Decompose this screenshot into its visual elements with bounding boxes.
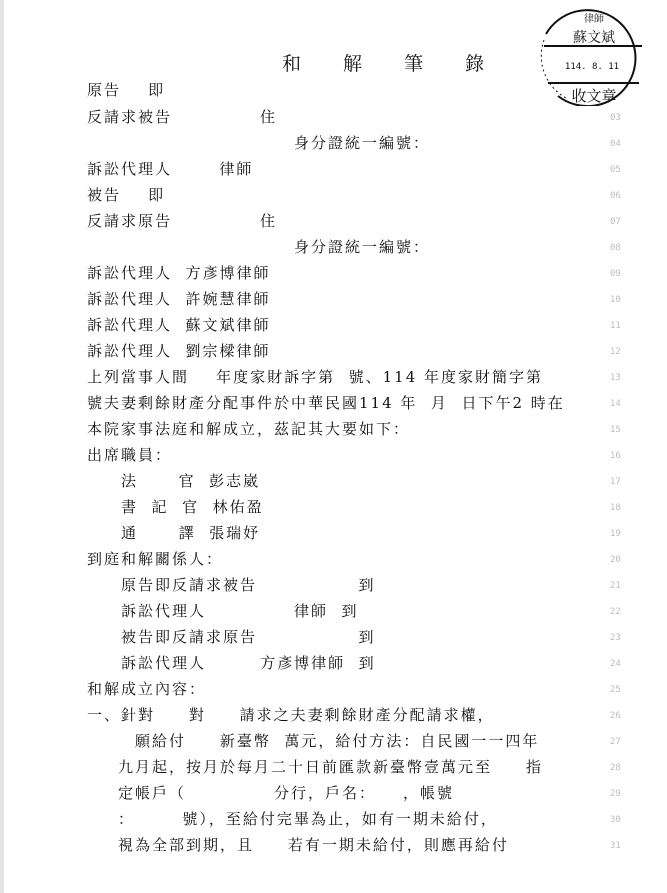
line-number: 26 xyxy=(610,711,621,721)
line-number: 03 xyxy=(610,113,621,123)
line-number: 17 xyxy=(610,477,621,487)
text-line: 九月起，按月於每月二十日前匯款新臺幣壹萬元至 指 xyxy=(118,757,543,777)
text-line: 被告即反請求原告 到 xyxy=(121,627,376,647)
line-number: 04 xyxy=(610,139,621,149)
text-line: 出席職員： xyxy=(87,445,172,465)
line-number: 09 xyxy=(610,269,621,279)
text-line: 和解成立內容： xyxy=(87,679,206,699)
text-line: 定帳戶（ 分行，戶名： ，帳號 xyxy=(118,783,454,803)
text-line: ： 號），至給付完畢為止，如有一期未給付， xyxy=(118,809,498,829)
line-number: 07 xyxy=(610,217,621,227)
text-line: 號夫妻剩餘財產分配事件於中華民國114 年 月 日下午2 時在 xyxy=(87,393,565,413)
line-number: 06 xyxy=(610,191,621,201)
received-stamp: 律師 蘇文斌 114. 8. 11 收文章 xyxy=(536,6,650,106)
line-number: 15 xyxy=(610,425,621,435)
text-line: 身分證統一編號： xyxy=(294,133,430,153)
line-number: 27 xyxy=(610,737,621,747)
text-line: 本院家事法庭和解成立，茲記其大要如下： xyxy=(87,419,410,439)
line-number: 19 xyxy=(610,529,621,539)
stamp-top: 律師 xyxy=(584,12,604,25)
text-line: 訴訟代理人 許婉慧律師 xyxy=(87,289,271,309)
text-line: 訴訟代理人 方彥博律師 到 xyxy=(121,653,376,673)
line-number: 30 xyxy=(610,815,621,825)
text-line: 訴訟代理人 律師 到 xyxy=(121,601,359,621)
text-line: 反請求被告 住 xyxy=(87,107,277,127)
text-line: 反請求原告 住 xyxy=(87,211,277,231)
text-line: 視為全部到期，且 若有一期未給付，則應再給付 xyxy=(118,835,509,855)
text-line: 上列當事人間 年度家財訴字第 號、114 年度家財簡字第 xyxy=(87,367,543,387)
line-number: 20 xyxy=(610,555,621,565)
line-number: 25 xyxy=(610,685,621,695)
text-line: 訴訟代理人 蘇文斌律師 xyxy=(87,315,271,335)
line-number: 08 xyxy=(610,243,621,253)
text-line: 被告 即 xyxy=(87,185,165,205)
text-line: 原告即反請求被告 到 xyxy=(121,575,376,595)
text-line: 訴訟代理人 劉宗樑律師 xyxy=(87,341,271,361)
line-number: 28 xyxy=(610,763,621,773)
stamp-date: 114. 8. 11 xyxy=(565,62,619,72)
text-line: 通 譯 張瑞妤 xyxy=(121,523,260,543)
text-line: 原告 即 xyxy=(87,80,165,100)
text-line: 到庭和解關係人： xyxy=(87,549,223,569)
line-number: 18 xyxy=(610,503,621,513)
line-number: 22 xyxy=(610,607,621,617)
stamp-name: 蘇文斌 xyxy=(573,29,615,46)
page-edge xyxy=(0,0,4,893)
line-number: 24 xyxy=(610,659,621,669)
line-number: 23 xyxy=(610,633,621,643)
line-number: 21 xyxy=(610,581,621,591)
document-title: 和 解 筆 錄 xyxy=(282,49,502,76)
text-line: 訴訟代理人 律師 xyxy=(87,159,253,179)
line-number: 12 xyxy=(610,347,621,357)
line-number: 11 xyxy=(610,321,621,331)
text-line: 書 記 官 林佑盈 xyxy=(121,497,264,517)
text-line: 願給付 新臺幣 萬元，給付方法：自民國一一四年 xyxy=(135,731,539,751)
line-number: 14 xyxy=(610,399,621,409)
line-number: 16 xyxy=(610,451,621,461)
line-number: 31 xyxy=(610,841,621,851)
text-line: 訴訟代理人 方彥博律師 xyxy=(87,263,271,283)
text-line: 身分證統一編號： xyxy=(294,237,430,257)
stamp-bottom: 收文章 xyxy=(571,87,616,105)
text-line: 法 官 彭志崴 xyxy=(121,471,260,491)
text-line: 一、針對 對 請求之夫妻剩餘財產分配請求權， xyxy=(87,705,495,725)
line-number: 13 xyxy=(610,373,621,383)
line-number: 05 xyxy=(610,165,621,175)
line-number: 10 xyxy=(610,295,621,305)
line-number: 29 xyxy=(610,789,621,799)
